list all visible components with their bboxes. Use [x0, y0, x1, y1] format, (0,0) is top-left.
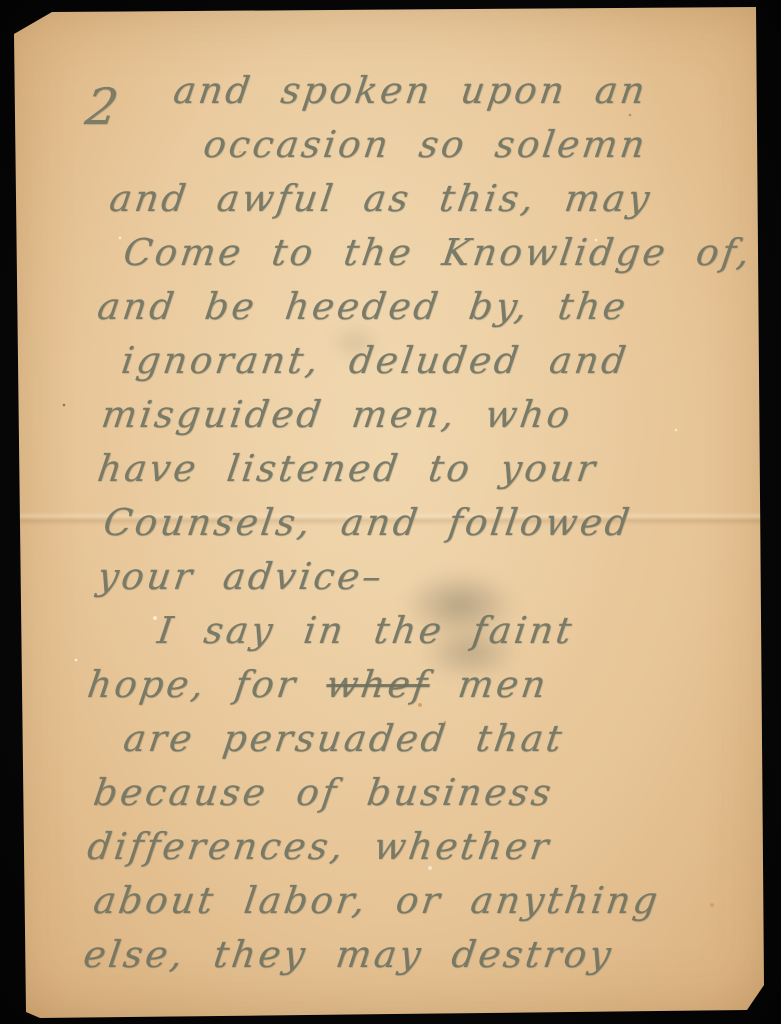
handwriting-segment: men [427, 663, 552, 706]
manuscript-line: have listened to your [94, 442, 778, 496]
photograph-background: 2 and spoken upon anoccasion so solemnan… [0, 0, 781, 1024]
manuscript-line: and spoken upon an [170, 64, 778, 118]
manuscript-page: 2 and spoken upon anoccasion so solemnan… [0, 0, 781, 1024]
handwriting-segment: and awful as this, may [107, 177, 655, 220]
handwriting-segment: else, they may destroy [81, 933, 617, 976]
manuscript-line: differences, whether [84, 820, 778, 874]
handwriting-segment: and be heeded by, the [95, 285, 631, 328]
handwriting-segment: are persuaded that [121, 717, 567, 760]
manuscript-line: and be heeded by, the [94, 280, 778, 334]
manuscript-line: misguided men, who [98, 388, 778, 442]
handwriting-segment: about labor, or anything [91, 879, 663, 922]
handwriting-segment: because of business [91, 771, 557, 814]
handwriting-segment: misguided men, who [99, 393, 575, 436]
manuscript-line: are persuaded that [120, 712, 778, 766]
struck-out-word: whef [323, 663, 432, 706]
handwriting-segment: I say in the faint [155, 609, 577, 652]
manuscript-line: hope, for whef men [84, 658, 778, 712]
handwriting-segment: ignorant, deluded and [119, 339, 631, 382]
handwriting-segment: Counsels, and followed [101, 501, 635, 544]
handwriting-segment: and spoken upon an [171, 69, 651, 112]
manuscript-line: else, they may destroy [80, 928, 778, 982]
handwriting-segment: have listened to your [95, 447, 601, 490]
handwriting-segment: hope, for [85, 663, 330, 706]
manuscript-line: your advice– [94, 550, 778, 604]
manuscript-line: and awful as this, may [106, 172, 778, 226]
manuscript-line: Counsels, and followed [100, 496, 778, 550]
manuscript-lines: and spoken upon anoccasion so solemnand … [70, 64, 770, 982]
handwriting-segment: differences, whether [85, 825, 554, 868]
handwriting-segment: your advice– [95, 555, 387, 598]
manuscript-line: because of business [90, 766, 778, 820]
manuscript-line: ignorant, deluded and [118, 334, 778, 388]
handwriting-segment: occasion so solemn [201, 123, 650, 166]
manuscript-line: about labor, or anything [90, 874, 778, 928]
handwriting-segment: Come to the Knowlidge of, [121, 231, 755, 274]
manuscript-line: I say in the faint [154, 604, 778, 658]
manuscript-line: occasion so solemn [200, 118, 778, 172]
manuscript-line: Come to the Knowlidge of, [120, 226, 778, 280]
